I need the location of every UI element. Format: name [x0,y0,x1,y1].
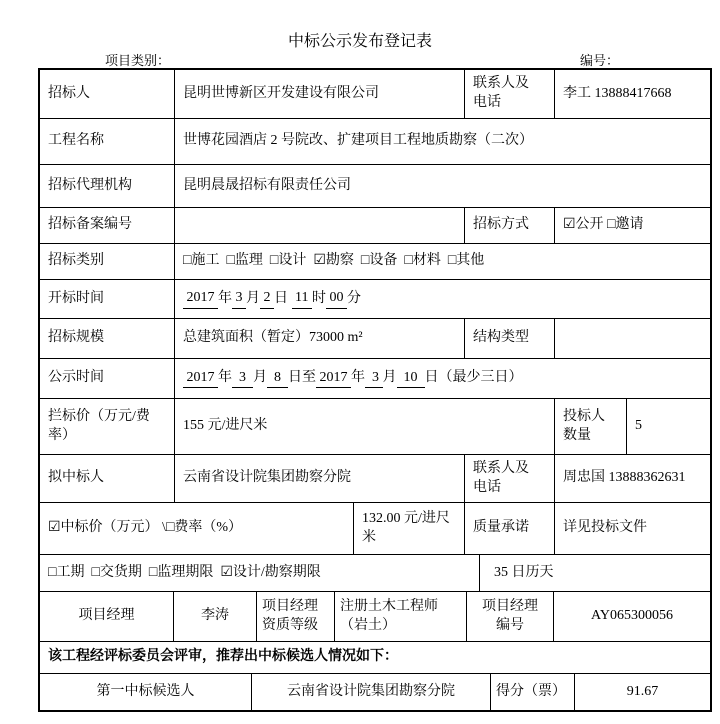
candidate-value: 云南省设计院集团勘察分院 [252,674,491,710]
structure-type-label: 结构类型 [465,319,555,358]
duration-value: 35 日历天 [480,555,710,591]
project-name-label: 工程名称 [40,119,175,164]
bidders-count-value: 5 [627,399,710,454]
category-label: 招标类别 [40,244,175,279]
row-duration: □工期 □交货期 □监理期限 ☑设计/勘察期限 35 日历天 [40,555,710,592]
publicity-time-value: 2017 年 3 月 8 日至 2017 年 3 月 10 日（最少三日） [175,359,710,398]
row-ceiling-price: 拦标价（万元/费率） 155 元/进尺米 投标人 数量 5 [40,399,710,455]
proposed-winner-label: 拟中标人 [40,455,175,502]
committee-note: 该工程经评标委员会评审，推荐出中标候选人情况如下： [40,642,710,673]
publicity-time-label: 公示时间 [40,359,175,398]
manager-no-label: 项目经理 编号 [467,592,554,641]
candidate-score-label: 得分（票） [491,674,575,710]
bid-method-checkboxes: ☑公开 □邀请 [555,208,710,243]
proposed-winner-value: 云南省设计院集团勘察分院 [175,455,465,502]
agency-label: 招标代理机构 [40,165,175,207]
scale-value: 总建筑面积（暂定）73000 m² [175,319,465,358]
row-proposed-winner: 拟中标人 云南省设计院集团勘察分院 联系人及 电话 周忠国 1388836263… [40,455,710,503]
form-subheader: 项目类别： 编号： [38,50,708,69]
project-name-value: 世博花园酒店 2 号院改、扩建项目工程地质勘察（二次） [175,119,710,164]
open-time-label: 开标时间 [40,280,175,318]
row-manager: 项目经理 李涛 项目经理 资质等级 注册土木工程师 （岩土） 项目经理 编号 A… [40,592,710,642]
scale-label: 招标规模 [40,319,175,358]
bidder-label: 招标人 [40,70,175,118]
project-category-label: 项目类别： [105,50,170,69]
open-time-value: 2017 年 3 月 2 日 11 时 00 分 [175,280,710,318]
row-bid-price: ☑中标价（万元） \□费率（%） 132.00 元/进尺米 质量承诺 详见投标文… [40,503,710,555]
form-title: 中标公示发布登记表 [0,28,720,51]
row-candidate: 第一中标候选人 云南省设计院集团勘察分院 得分（票） 91.67 [40,674,710,710]
ceiling-price-label: 拦标价（万元/费率） [40,399,175,454]
quality-promise-value: 详见投标文件 [555,503,710,554]
manager-grade-value: 注册土木工程师 （岩土） [335,592,467,641]
bid-price-value: 132.00 元/进尺米 [354,503,465,554]
row-category: 招标类别 □施工 □监理 □设计 ☑勘察 □设备 □材料 □其他 [40,244,710,280]
candidate-score-value: 91.67 [575,674,710,710]
bidder-value: 昆明世博新区开发建设有限公司 [175,70,465,118]
row-agency: 招标代理机构 昆明晨晟招标有限责任公司 [40,165,710,208]
winner-contact-value: 周忠国 13888362631 [555,455,710,502]
winner-contact-label: 联系人及 电话 [465,455,555,502]
candidate-label: 第一中标候选人 [40,674,252,710]
manager-no-value: AY065300056 [554,592,710,641]
serial-number-label: 编号： [580,50,619,69]
duration-checkboxes: □工期 □交货期 □监理期限 ☑设计/勘察期限 [40,555,480,591]
record-no-value [175,208,465,243]
row-bidder: 招标人 昆明世博新区开发建设有限公司 联系人及 电话 李工 1388841766… [40,70,710,119]
bid-price-checkboxes: ☑中标价（万元） \□费率（%） [40,503,354,554]
manager-label: 项目经理 [40,592,174,641]
structure-type-value [555,319,710,358]
manager-grade-label: 项目经理 资质等级 [257,592,335,641]
row-project-name: 工程名称 世博花园酒店 2 号院改、扩建项目工程地质勘察（二次） [40,119,710,165]
registration-table: 招标人 昆明世博新区开发建设有限公司 联系人及 电话 李工 1388841766… [38,68,712,712]
bidders-count-label: 投标人 数量 [555,399,627,454]
row-record-no: 招标备案编号 招标方式 ☑公开 □邀请 [40,208,710,244]
bidder-contact-label: 联系人及 电话 [465,70,555,118]
row-scale: 招标规模 总建筑面积（暂定）73000 m² 结构类型 [40,319,710,359]
category-checkboxes: □施工 □监理 □设计 ☑勘察 □设备 □材料 □其他 [175,244,710,279]
row-open-time: 开标时间 2017 年 3 月 2 日 11 时 00 分 [40,280,710,319]
manager-name: 李涛 [174,592,257,641]
quality-promise-label: 质量承诺 [465,503,555,554]
row-note: 该工程经评标委员会评审，推荐出中标候选人情况如下： [40,642,710,674]
bid-method-label: 招标方式 [465,208,555,243]
ceiling-price-value: 155 元/进尺米 [175,399,555,454]
record-no-label: 招标备案编号 [40,208,175,243]
row-publicity-time: 公示时间 2017 年 3 月 8 日至 2017 年 3 月 10 日（最少三… [40,359,710,399]
agency-value: 昆明晨晟招标有限责任公司 [175,165,710,207]
bidder-contact-value: 李工 13888417668 [555,70,710,118]
